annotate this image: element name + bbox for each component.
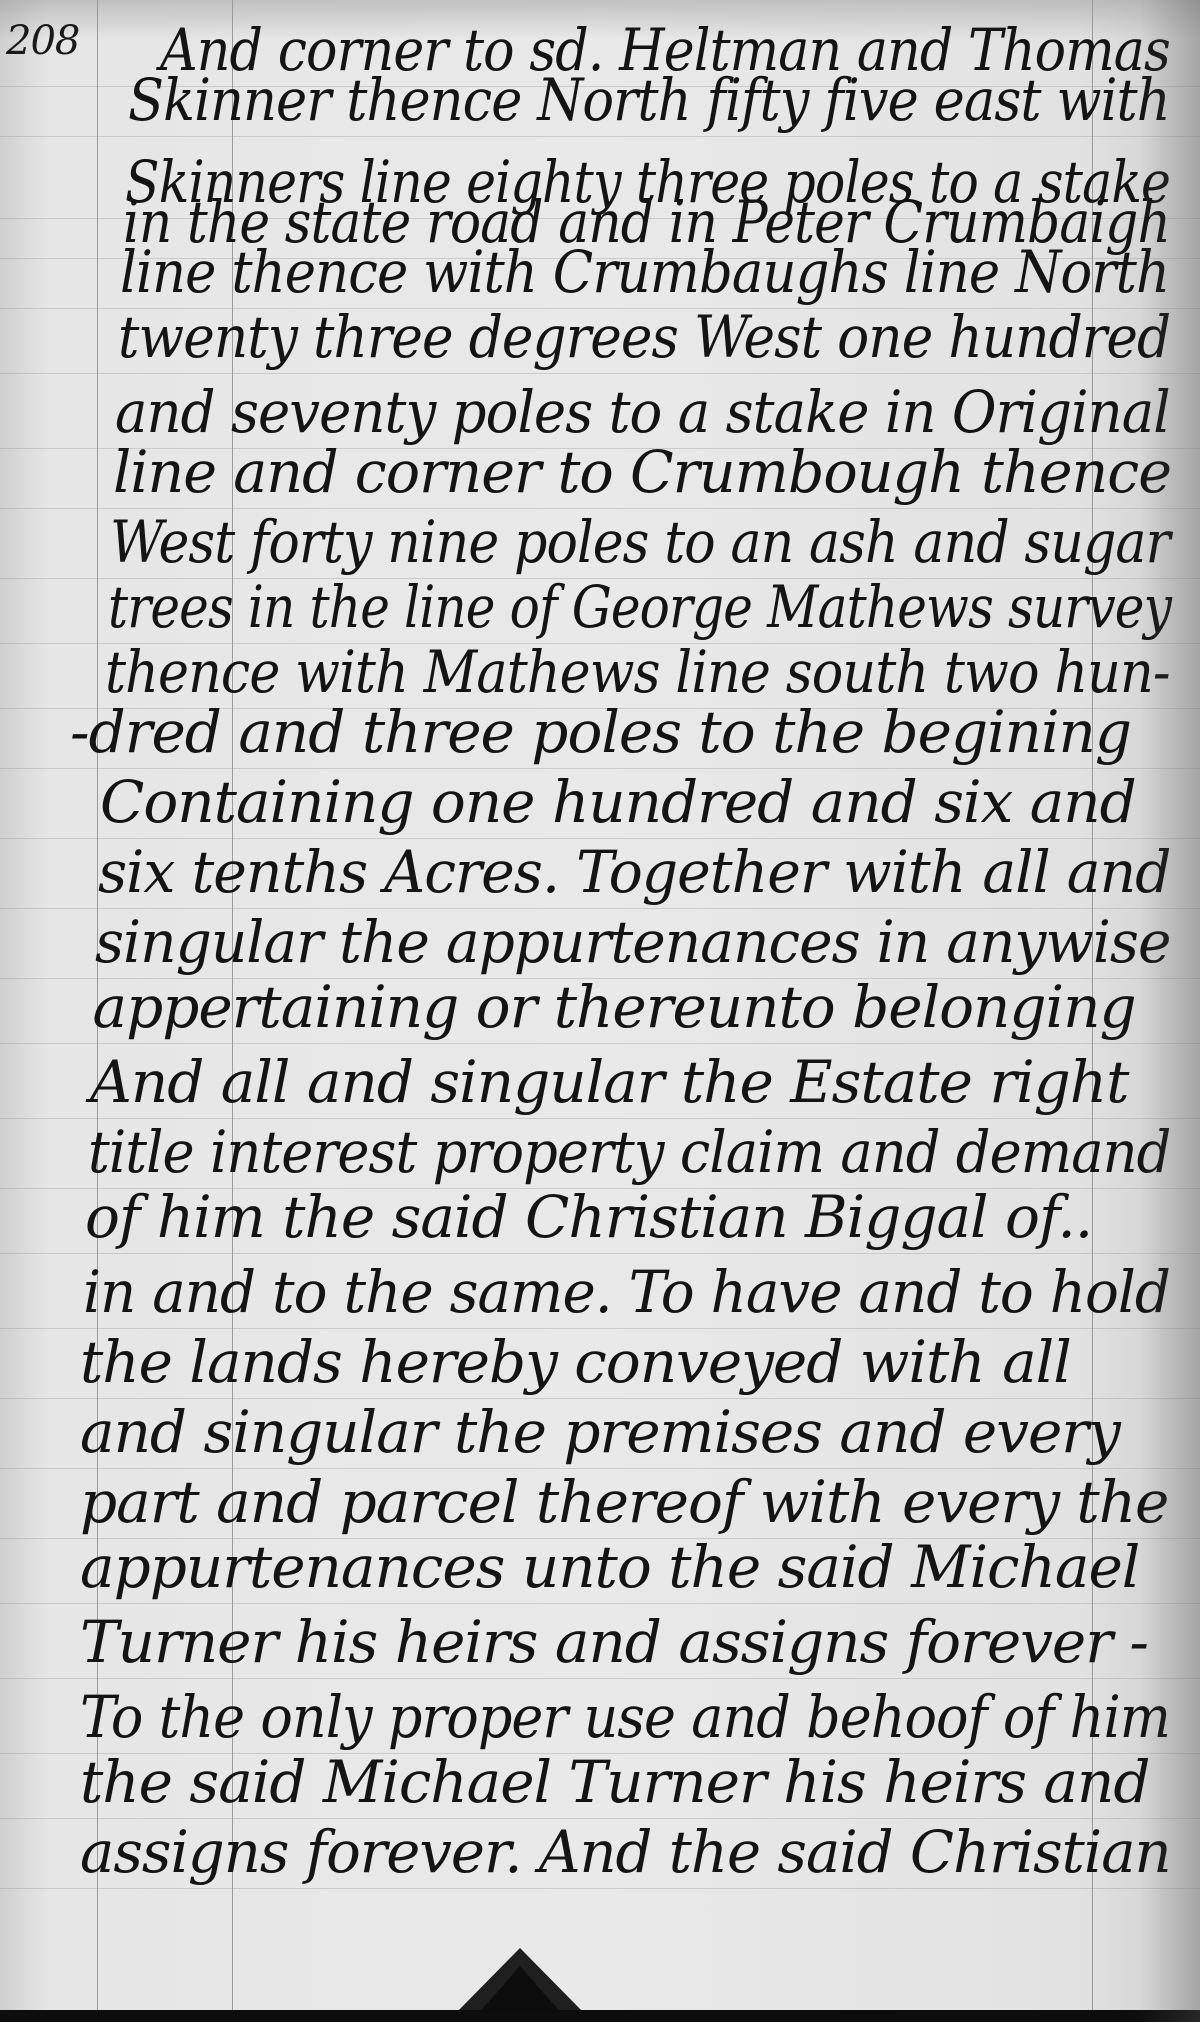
text-line: title interest property claim and demand xyxy=(88,1118,1170,1186)
text-line: trees in the line of George Mathews surv… xyxy=(108,573,1171,641)
ruled-line xyxy=(0,136,1200,137)
text-line: the lands hereby conveyed with all xyxy=(80,1328,1071,1396)
text-line: And all and singular the Estate right xyxy=(90,1048,1128,1116)
ruled-line xyxy=(0,1043,1200,1044)
ruled-line xyxy=(0,373,1200,374)
text-line: Containing one hundred and six and xyxy=(100,768,1136,836)
page-number: 208 xyxy=(6,18,79,64)
text-line: Turner his heirs and assigns forever - xyxy=(80,1608,1148,1676)
text-line: six tenths Acres. Together with all and xyxy=(98,838,1171,906)
text-line: appurtenances unto the said Michael xyxy=(80,1533,1139,1601)
text-line: assigns forever. And the said Christian xyxy=(80,1818,1171,1886)
ruled-line xyxy=(0,1678,1200,1679)
text-line: appertaining or thereunto belonging xyxy=(93,973,1136,1041)
text-line: Skinner thence North fifty five east wit… xyxy=(128,66,1170,134)
text-line: in and to the same. To have and to hold xyxy=(83,1258,1170,1326)
binding-clip-shadow xyxy=(478,1966,562,2014)
ruled-line xyxy=(0,1253,1200,1254)
text-line: of him the said Christian Biggal of.. xyxy=(85,1183,1092,1251)
text-line: To the only proper use and behoof of him xyxy=(80,1683,1170,1751)
ruled-line xyxy=(0,1888,1200,1889)
text-line: West forty nine poles to an ash and suga… xyxy=(110,508,1170,576)
text-line: and seventy poles to a stake in Original xyxy=(115,378,1170,446)
page-bottom-edge xyxy=(0,2010,1200,2022)
text-line: twenty three degrees West one hundred xyxy=(118,303,1170,371)
document-page: 208 And corner to sd. Heltman and Thomas… xyxy=(0,0,1200,2022)
text-line: the said Michael Turner his heirs and xyxy=(80,1748,1149,1816)
text-line: line thence with Crumbaughs line North xyxy=(120,238,1169,306)
text-line: thence with Mathews line south two hun- xyxy=(105,638,1170,706)
text-line: and singular the premises and every xyxy=(80,1398,1120,1466)
text-line: singular the appurtenances in anywise xyxy=(95,908,1170,976)
text-line: line and corner to Crumbough thence xyxy=(113,438,1171,506)
text-line: -dred and three poles to the begining xyxy=(70,698,1131,766)
ruled-line xyxy=(0,1603,1200,1604)
text-line: part and parcel thereof with every the xyxy=(80,1468,1168,1536)
